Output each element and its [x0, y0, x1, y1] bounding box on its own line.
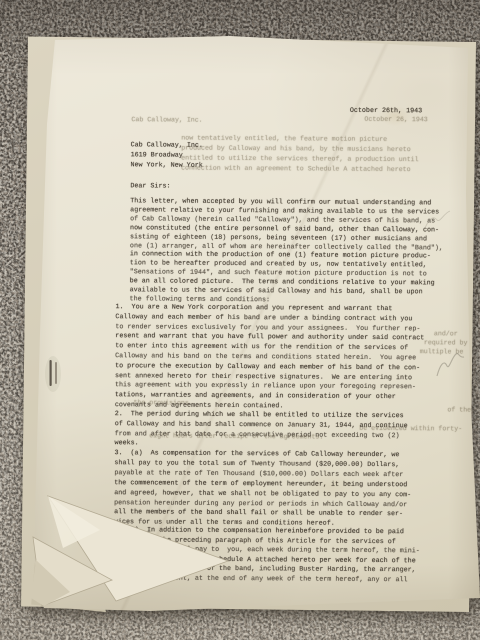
salutation: Dear Sirs:: [130, 182, 170, 190]
address-line: New York, New York: [130, 160, 202, 171]
photo-scene: October 26, 1943Cab Calloway, Inc.now te…: [0, 0, 480, 640]
text-line: payable at the rate of Ten Thousand ($10…: [114, 469, 411, 481]
paragraph-3a: 3. (a) As compensation for the services …: [114, 449, 412, 530]
letter-content: October 26th, 1943 Cab Calloway, Inc.161…: [26, 34, 480, 619]
text-line: pensation hereunder during any period or…: [114, 499, 411, 511]
text-line: in the event, at the end of any week of …: [119, 574, 420, 586]
text-line: from and after that date for a consecuti…: [115, 430, 408, 442]
recipient-address: Cab Calloway, Inc.1619 BroadwayNew York,…: [130, 140, 202, 171]
document-page: October 26, 1943Cab Calloway, Inc.now te…: [30, 34, 480, 616]
address-line: 1619 Broadway: [131, 150, 203, 161]
paragraph-1: 1. You are a New York corporation and yo…: [115, 303, 425, 413]
paragraph-intro: This letter, when accepted by you will c…: [130, 197, 444, 306]
paper-stack: October 26, 1943Cab Calloway, Inc.now te…: [0, 0, 480, 640]
paragraph-2: 2. The period during which we shall be e…: [115, 410, 408, 451]
paragraph-3b: (b) In addition to the compensation here…: [119, 526, 420, 585]
address-line: Cab Calloway, Inc.: [131, 140, 203, 151]
date-line: October 26th, 1943: [350, 107, 422, 116]
